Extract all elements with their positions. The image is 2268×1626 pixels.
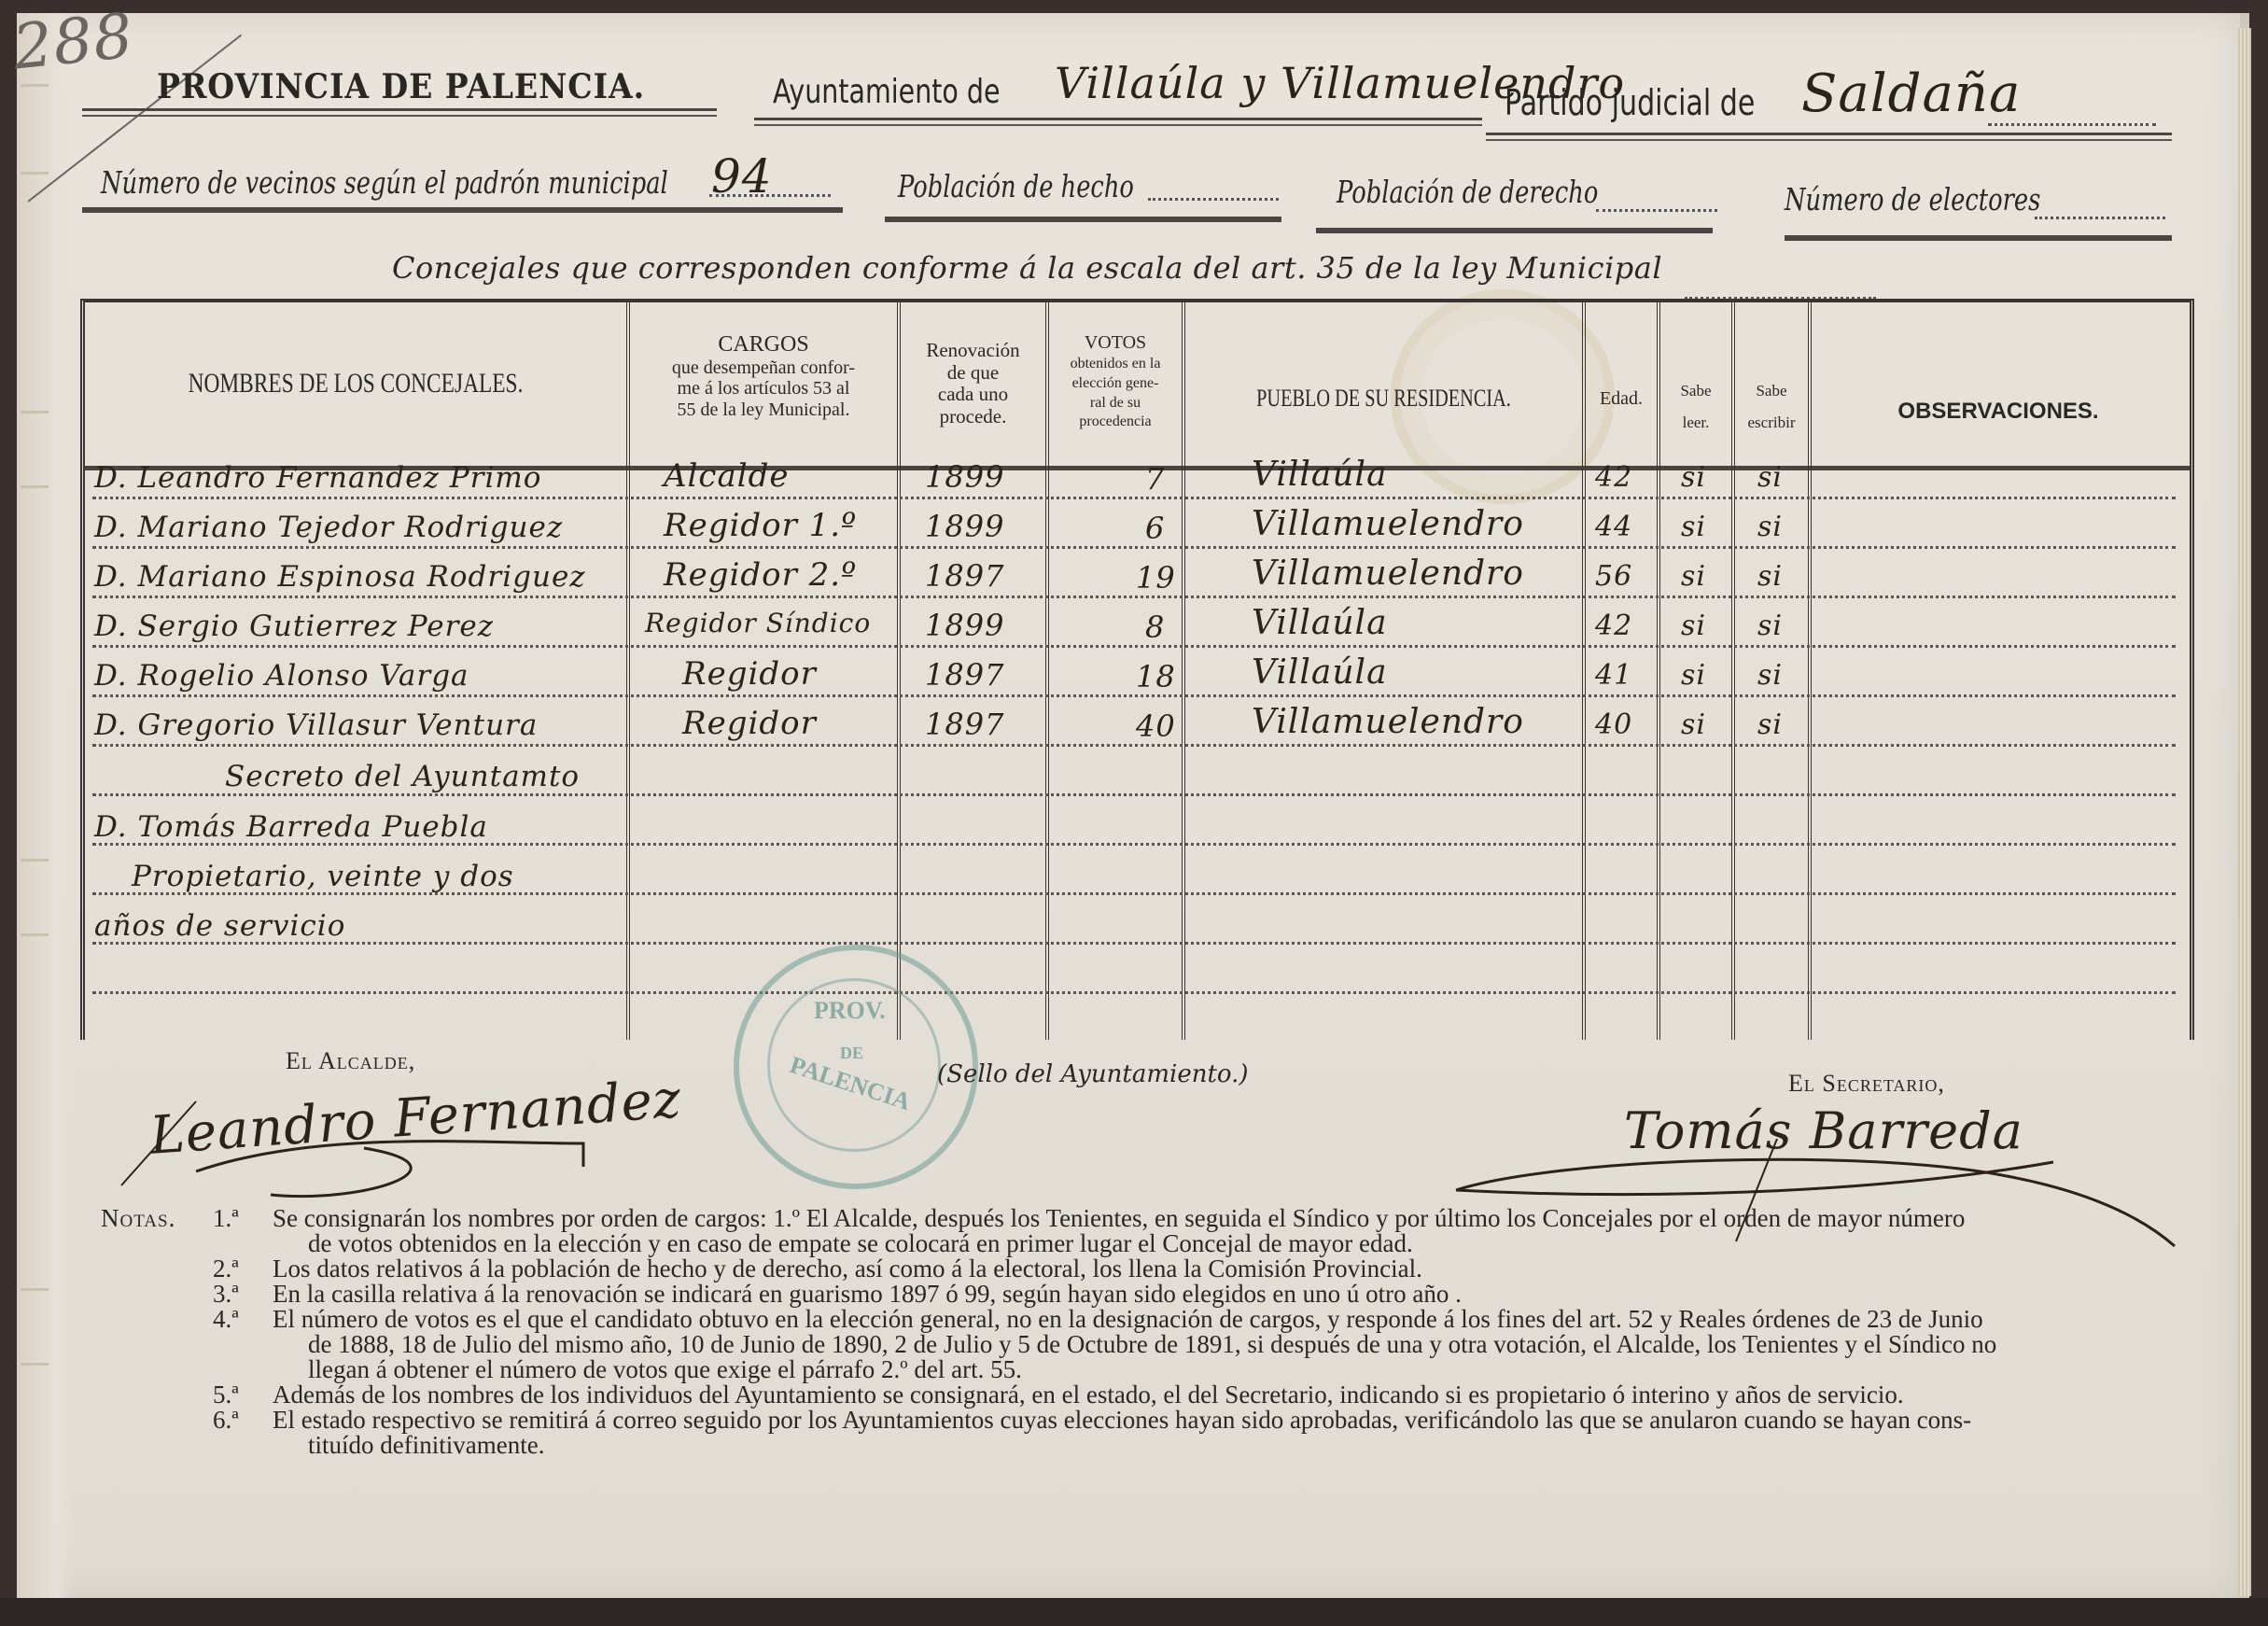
poblacion-hecho-label: Población de hecho: [898, 168, 1134, 204]
cell-escribir: si: [1757, 659, 1783, 692]
header-sabe-leer-1: Sabe: [1660, 375, 1731, 407]
cell-votos: 7: [1145, 461, 1165, 497]
partido-label: Partido judicial de: [1505, 82, 1755, 123]
header-votos-title: VOTOS: [1049, 330, 1182, 355]
cell-escribir: si: [1757, 461, 1783, 494]
header-renovacion: Renovación de que cada uno procede.: [901, 340, 1045, 428]
page-edge: [2238, 28, 2251, 1596]
note-text: En la casilla relativa á la renovación s…: [273, 1282, 1462, 1307]
vecinos-dots: [709, 194, 831, 197]
note-text: tituído definitivamente.: [308, 1433, 544, 1458]
row-line: [92, 744, 2176, 747]
poblacion-derecho-field[interactable]: [1596, 209, 1717, 212]
header-sabe-leer-2: leer.: [1660, 407, 1731, 439]
cell-leer: si: [1681, 708, 1706, 741]
secretary-name: D. Tomás Barreda Puebla: [94, 810, 488, 844]
header-edad: Edad.: [1586, 388, 1657, 409]
header-pueblo: PUEBLO DE SU RESIDENCIA.: [1229, 385, 1539, 412]
cell-cargo: Regidor Síndico: [645, 608, 871, 638]
header-sabe-escribir-1: Sabe: [1735, 375, 1808, 407]
binding-stitch: [21, 411, 49, 414]
cell-votos: 18: [1136, 659, 1176, 694]
note-text: El estado respectivo se remitirá á corre…: [273, 1408, 1971, 1433]
cell-pueblo: Villamuelendro: [1252, 554, 1524, 593]
note-number: 3.ª: [213, 1282, 239, 1307]
row-line: [92, 942, 2176, 945]
cell-renovacion: 1899: [925, 608, 1004, 643]
secretary-service: años de servicio: [94, 909, 345, 943]
cell-pueblo: Villamuelendro: [1252, 703, 1524, 741]
cell-edad: 41: [1595, 659, 1632, 692]
header-cargos-title: CARGOS: [630, 332, 897, 357]
header-rule: [1486, 133, 2172, 141]
concejales-statement: Concejales que corresponden conforme á l…: [392, 250, 1662, 286]
cell-cargo: Alcalde: [664, 457, 790, 495]
concejales-table: NOMBRES DE LOS CONCEJALES. CARGOS que de…: [80, 299, 2194, 1040]
header-votos-sub-1: obtenidos en la: [1049, 355, 1182, 374]
binding-stitch: [21, 1363, 49, 1366]
note-text: Se consignarán los nombres por orden de …: [273, 1206, 1965, 1231]
partido-dots: [1988, 123, 2156, 126]
header-cargos: CARGOS que desempeñan confor- me á los a…: [630, 332, 897, 420]
note-number: 6.ª: [213, 1408, 239, 1433]
note-item: 5.ª Además de los nombres de los individ…: [93, 1382, 2193, 1408]
cell-leer: si: [1681, 560, 1706, 593]
note-number: 5.ª: [213, 1382, 239, 1408]
population-rule: [82, 207, 843, 213]
binding-stitch: [21, 859, 49, 862]
note-continuation: llegan á obtener el número de votos que …: [93, 1357, 2193, 1382]
header-votos-sub-2: elección gene-: [1049, 374, 1182, 394]
cell-edad: 40: [1595, 708, 1632, 741]
electores-field[interactable]: [2035, 217, 2165, 219]
cell-leer: si: [1681, 511, 1706, 543]
header-renovacion-4: procede.: [901, 406, 1045, 428]
ayuntamiento-label: Ayuntamiento de: [773, 73, 1001, 111]
row-line: [92, 497, 2176, 499]
cell-escribir: si: [1757, 610, 1783, 642]
stamp-line-1: PROV.: [814, 997, 886, 1025]
alcalde-flourish: [84, 1092, 607, 1204]
note-text: de votos obtenidos en la elección y en c…: [308, 1231, 1413, 1256]
secretario-label: El Secretario,: [1788, 1070, 1945, 1098]
alcalde-label: El Alcalde,: [286, 1047, 415, 1075]
cell-votos: 40: [1136, 708, 1176, 744]
secretary-status: Propietario, veinte y dos: [132, 860, 514, 893]
header-rule: [754, 118, 1482, 126]
row-line: [92, 694, 2176, 697]
row-line: [92, 546, 2176, 549]
cell-escribir: si: [1757, 511, 1783, 543]
cell-edad: 42: [1595, 610, 1632, 642]
cell-renovacion: 1897: [925, 707, 1004, 742]
note-number: 4.ª: [213, 1307, 239, 1332]
cell-edad: 56: [1595, 560, 1632, 593]
note-text: llegan á obtener el número de votos que …: [308, 1357, 1022, 1382]
header-cargos-sub-3: 55 de la ley Municipal.: [630, 399, 897, 420]
header-cargos-sub-1: que desempeñan confor-: [630, 357, 897, 378]
row-line: [92, 793, 2176, 796]
cell-cargo: Regidor 1.º: [664, 507, 857, 544]
note-continuation: de votos obtenidos en la elección y en c…: [93, 1231, 2193, 1256]
cell-cargo: Regidor: [682, 655, 817, 693]
header-sabe-leer: Sabe leer.: [1660, 375, 1731, 439]
cell-edad: 42: [1595, 461, 1632, 494]
header-renovacion-3: cada uno: [901, 384, 1045, 406]
population-rule: [885, 217, 1281, 222]
row-line: [92, 991, 2176, 994]
notes-section: Notas. 1.ª Se consignarán los nombres po…: [93, 1206, 2193, 1458]
row-line: [92, 596, 2176, 598]
cell-votos: 6: [1145, 511, 1165, 546]
cell-nombre: D. Leandro Fernandez Primo: [94, 461, 541, 495]
note-number: 2.ª: [213, 1256, 239, 1282]
header-nombres: NOMBRES DE LOS CONCEJALES.: [145, 368, 567, 399]
cell-leer: si: [1681, 610, 1706, 642]
cell-renovacion: 1897: [925, 657, 1004, 693]
note-item: 6.ª El estado respectivo se remitirá á c…: [93, 1408, 2193, 1433]
note-text: de 1888, 18 de Julio del mismo año, 10 d…: [308, 1332, 1996, 1357]
note-text: Los datos relativos á la población de he…: [273, 1256, 1422, 1282]
cell-pueblo: Villaúla: [1252, 604, 1388, 642]
header-sabe-escribir-2: escribir: [1735, 407, 1808, 439]
binding-stitch: [21, 485, 49, 488]
header-sabe-escribir: Sabe escribir: [1735, 375, 1808, 439]
binding-stitch: [21, 933, 49, 936]
cell-cargo: Regidor: [682, 705, 817, 742]
header-votos-sub-3: ral de su: [1049, 394, 1182, 414]
cell-cargo: Regidor 2.º: [664, 556, 857, 594]
header-votos-sub-4: procedencia: [1049, 413, 1182, 432]
cell-nombre: D. Mariano Espinosa Rodriguez: [94, 560, 586, 594]
note-item: 4.ª El número de votos es el que el cand…: [93, 1307, 2193, 1332]
stamp-line-2: DE: [840, 1044, 863, 1063]
population-rule: [1785, 235, 2172, 241]
cell-renovacion: 1899: [925, 459, 1004, 495]
header-observaciones: OBSERVACIONES.: [1812, 399, 2185, 425]
province-title: PROVINCIA DE PALENCIA.: [157, 67, 645, 106]
cell-escribir: si: [1757, 560, 1783, 593]
note-number: 1.ª: [213, 1206, 239, 1231]
binding-edge: [17, 13, 73, 1600]
poblacion-derecho-label: Población de derecho: [1337, 174, 1598, 210]
note-continuation: de 1888, 18 de Julio del mismo año, 10 d…: [93, 1332, 2193, 1357]
header-votos: VOTOS obtenidos en la elección gene- ral…: [1049, 330, 1182, 432]
note-text: El número de votos es el que el candidat…: [273, 1307, 1983, 1332]
binding-stitch: [21, 84, 49, 87]
cell-votos: 8: [1145, 610, 1165, 645]
folio-number: 288: [9, 0, 136, 84]
cell-pueblo: Villamuelendro: [1252, 505, 1524, 543]
vecinos-label: Número de vecinos según el padrón munici…: [101, 164, 668, 201]
note-continuation: tituído definitivamente.: [93, 1433, 2193, 1458]
cell-pueblo: Villaúla: [1252, 456, 1388, 494]
binding-stitch: [21, 172, 49, 175]
electores-label: Número de electores: [1785, 181, 2040, 217]
note-item: 1.ª Se consignarán los nombres por orden…: [93, 1206, 2193, 1231]
cell-votos: 19: [1136, 560, 1176, 596]
cell-nombre: D. Sergio Gutierrez Perez: [94, 610, 494, 643]
population-rule: [1316, 228, 1713, 233]
secretary-title: Secreto del Ayuntamto: [225, 760, 580, 793]
note-item: 3.ª En la casilla relativa á la renovaci…: [93, 1282, 2193, 1307]
partido-value: Saldaña: [1801, 63, 2021, 124]
note-item: 2.ª Los datos relativos á la población d…: [93, 1256, 2193, 1282]
binding-stitch: [21, 1288, 49, 1291]
header-cargos-sub-2: me á los artículos 53 al: [630, 378, 897, 399]
cell-leer: si: [1681, 461, 1706, 494]
cell-edad: 44: [1595, 511, 1632, 543]
cell-pueblo: Villaúla: [1252, 653, 1388, 692]
sello-label: (Sello del Ayuntamiento.): [937, 1060, 1249, 1088]
header-renovacion-1: Renovación: [901, 340, 1045, 362]
cell-escribir: si: [1757, 708, 1783, 741]
cell-nombre: D. Rogelio Alonso Varga: [94, 659, 469, 693]
header-rule: [82, 108, 717, 117]
cell-leer: si: [1681, 659, 1706, 692]
book-cover-edge: [0, 1598, 2268, 1626]
cell-nombre: D. Gregorio Villasur Ventura: [94, 708, 538, 742]
row-line: [92, 645, 2176, 648]
header-renovacion-2: de que: [901, 362, 1045, 385]
cell-renovacion: 1897: [925, 558, 1004, 594]
poblacion-hecho-field[interactable]: [1148, 198, 1279, 201]
note-text: Además de los nombres de los individuos …: [273, 1382, 1904, 1408]
cell-renovacion: 1899: [925, 509, 1004, 544]
cell-nombre: D. Mariano Tejedor Rodriguez: [94, 511, 563, 544]
